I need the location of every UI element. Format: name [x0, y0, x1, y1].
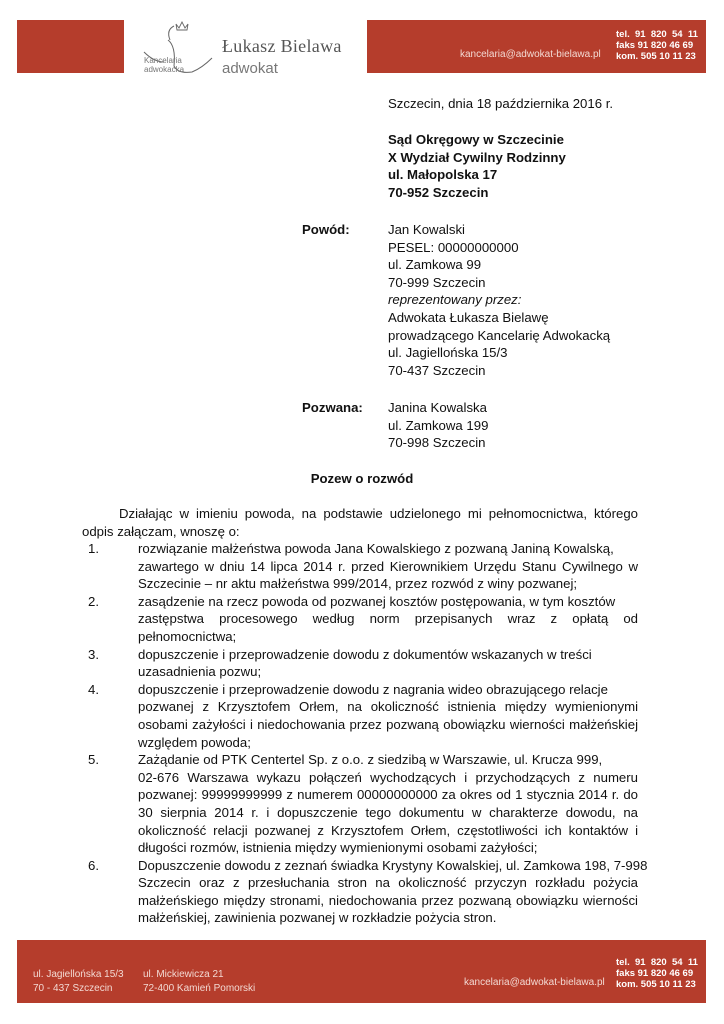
footer-address-kamien: ul. Mickiewicza 21 72-400 Kamień Pomorsk… [143, 968, 255, 996]
request-item: 3.dopuszczenie i przeprowadzenie dowodu … [82, 646, 638, 681]
date-line: Szczecin, dnia 18 października 2016 r. [388, 95, 613, 113]
firm-logo: Kancelaria adwokacka Łukasz Bielawa adwo… [140, 18, 360, 78]
header-email-link[interactable]: kancelaria@adwokat-bielawa.pl [460, 49, 601, 60]
header-mobile: kom. 505 10 11 23 [616, 51, 698, 62]
plaintiff-label: Powód: [302, 221, 350, 239]
request-item: 5.Zażądanie od PTK Centertel Sp. z o.o. … [82, 751, 638, 857]
request-number: 3. [88, 646, 99, 664]
document-title: Pozew o rozwód [0, 470, 724, 488]
request-item: 6.Dopuszczenie dowodu z zeznań świadka K… [82, 857, 638, 927]
represented-by-label: reprezentowany przez: [388, 291, 610, 309]
request-item: 2.zasądzenie na rzecz powoda od pozwanej… [82, 593, 638, 646]
logo-caption: Kancelaria adwokacka [144, 56, 184, 74]
footer-email-link[interactable]: kancelaria@adwokat-bielawa.pl [464, 977, 605, 988]
request-number: 4. [88, 681, 99, 699]
request-text: dopuszczenie i przeprowadzenie dowodu z … [138, 646, 638, 681]
footer-mobile: kom. 505 10 11 23 [616, 979, 698, 990]
request-number: 1. [88, 540, 99, 558]
footer-contact: tel. 91 820 54 11 faks 91 820 46 69 kom.… [616, 957, 698, 990]
defendant-label: Pozwana: [302, 399, 363, 417]
lawyer-role: adwokat [222, 60, 278, 77]
header-contact: tel. 91 820 54 11 faks 91 820 46 69 kom.… [616, 29, 698, 62]
request-text: zasądzenie na rzecz powoda od pozwanej k… [138, 593, 638, 646]
intro-paragraph: Działając w imieniu powoda, na podstawie… [82, 505, 638, 540]
request-text: Zażądanie od PTK Centertel Sp. z o.o. z … [138, 751, 638, 857]
plaintiff-details: Jan Kowalski PESEL: 00000000000 ul. Zamk… [388, 221, 610, 379]
request-number: 5. [88, 751, 99, 769]
request-item: 4.dopuszczenie i przeprowadzenie dowodu … [82, 681, 638, 751]
request-number: 2. [88, 593, 99, 611]
defendant-details: Janina Kowalska ul. Zamkowa 199 70-998 S… [388, 399, 488, 452]
header-phone: tel. 91 820 54 11 [616, 29, 698, 40]
request-text: Dopuszczenie dowodu z zeznań świadka Kry… [138, 857, 638, 927]
lawyer-name: Łukasz Bielawa [222, 36, 342, 57]
footer-fax: faks 91 820 46 69 [616, 968, 698, 979]
header-fax: faks 91 820 46 69 [616, 40, 698, 51]
request-text: rozwiązanie małżeństwa powoda Jana Kowal… [138, 540, 638, 593]
court-address: Sąd Okręgowy w Szczecinie X Wydział Cywi… [388, 131, 566, 201]
request-item: 1.rozwiązanie małżeństwa powoda Jana Kow… [82, 540, 638, 593]
footer-address-szczecin: ul. Jagiellońska 15/3 70 - 437 Szczecin [33, 968, 124, 996]
requests-list: 1.rozwiązanie małżeństwa powoda Jana Kow… [82, 540, 638, 927]
footer-phone: tel. 91 820 54 11 [616, 957, 698, 968]
request-number: 6. [88, 857, 99, 875]
header-red-block-left [17, 20, 124, 73]
request-text: dopuszczenie i przeprowadzenie dowodu z … [138, 681, 638, 751]
